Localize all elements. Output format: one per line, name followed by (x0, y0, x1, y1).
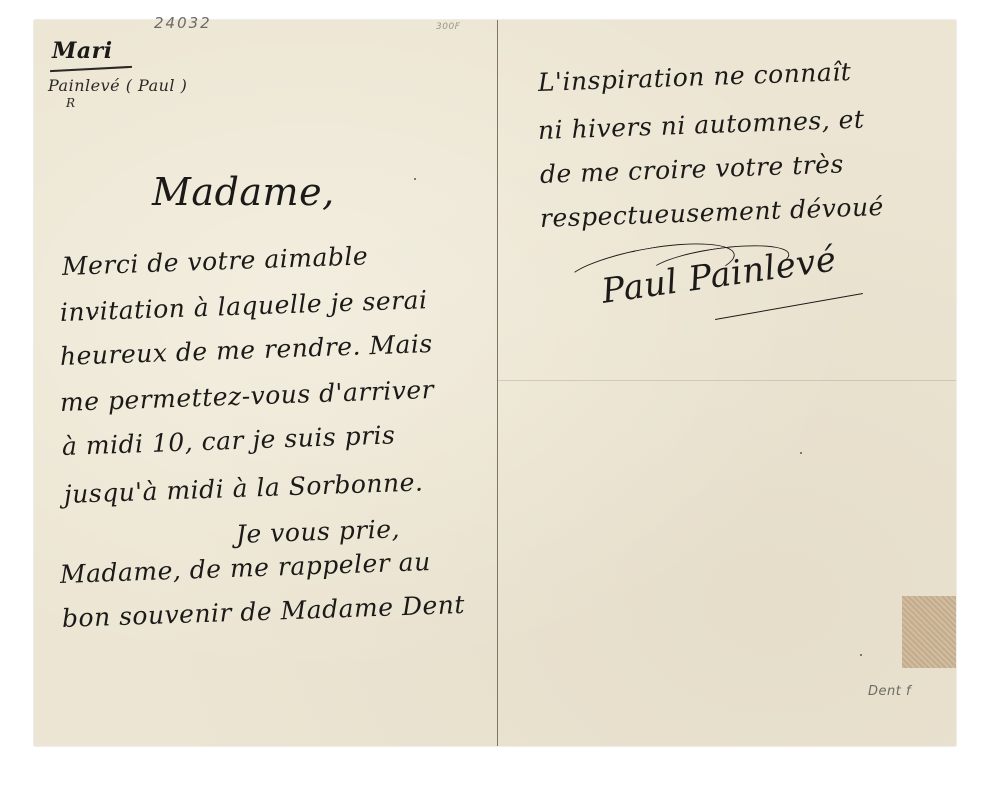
letter-line: Merci de votre aimable (61, 241, 368, 281)
name-heading: Mari (52, 38, 113, 64)
letter-line: ni hivers ni automnes, et (537, 105, 864, 145)
letter-line: respectueusement dévoué (539, 192, 884, 233)
letter-line: me permettez-vous d'arriver (59, 375, 434, 417)
letter-line: heureux de me rendre. Mais (59, 329, 433, 371)
ink-speck (414, 178, 416, 180)
ink-speck (860, 654, 862, 656)
ink-speck (96, 312, 98, 314)
tape-residue (902, 596, 956, 668)
signature-underline (715, 293, 863, 320)
letter-line: L'inspiration ne connaît (537, 57, 851, 97)
letter-line: bon souvenir de Madame Dent (61, 590, 465, 633)
letter-line: de me croire votre très (539, 149, 844, 189)
catalog-letter: R (66, 96, 76, 110)
letter-line: à midi 10, car je suis pris (61, 420, 395, 461)
price-mark: 300F (436, 22, 460, 32)
left-page: 24032 300F Mari Painlevé ( Paul ) R Mada… (34, 20, 498, 746)
inventory-number: 24032 (154, 14, 212, 32)
right-page: L'inspiration ne connaît ni hivers ni au… (498, 20, 956, 746)
letter-line: Madame, de me rappeler au (59, 547, 431, 589)
salutation: Madame, (152, 170, 335, 214)
catalog-name: Painlevé ( Paul ) (48, 76, 187, 95)
letter-line: Je vous prie, (235, 514, 400, 549)
name-heading-underline (50, 66, 132, 72)
ink-speck (800, 452, 802, 454)
letter-sheet: 24032 300F Mari Painlevé ( Paul ) R Mada… (34, 20, 956, 746)
bottom-pencil-note: Dent f (868, 684, 911, 699)
letter-line: jusqu'à midi à la Sorbonne. (63, 467, 423, 509)
letter-line: invitation à laquelle je serai (59, 285, 427, 327)
